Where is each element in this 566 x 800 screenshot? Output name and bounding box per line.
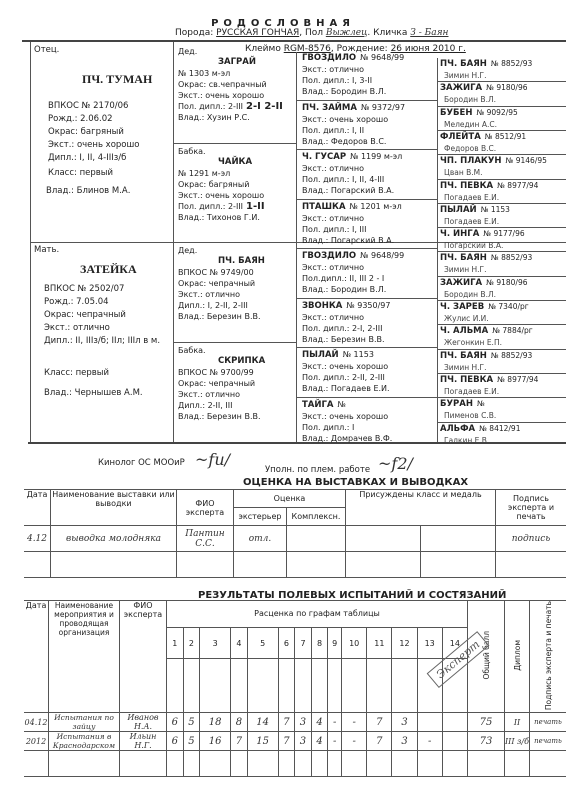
score-col-header: 9 <box>328 627 342 658</box>
sire-color: Окрас: багряный <box>48 126 140 139</box>
grandparent-owner: Влад.: Березин В.В. <box>178 411 265 422</box>
score-col-spacer <box>311 659 328 713</box>
dam-owner: Влад.: Чернышев А.М. <box>44 387 143 399</box>
grandparent-name: ПЧ. БАЯН <box>178 256 265 267</box>
trial-date: 04.12 <box>24 713 49 732</box>
show-cell-exterior <box>234 552 287 578</box>
gggp-reg: № 9092/95 <box>476 108 517 117</box>
ggp-exterior: Экст.: очень хорошо <box>302 361 390 372</box>
ggp-reg: № 9372/97 <box>361 103 405 112</box>
sire-reg: ВПКОС № 2170/06 <box>48 100 140 113</box>
ggp-reg: № 1201 м-эл <box>350 202 402 211</box>
gggp-owner: Галкин Е.В. <box>440 435 520 447</box>
trial-date: 2012 <box>24 732 49 751</box>
sire-role: Отец. <box>34 44 59 56</box>
ggp-owner: Влад.: Бородин В.Л. <box>302 284 404 295</box>
gggp-card: ПЧ. БАЯН№ 8852/93Зимин Н.Г. <box>440 252 532 276</box>
trial-score: 7 <box>367 713 392 732</box>
gggp-name: Ч. ЗАРЕВ <box>440 302 484 312</box>
gggp-name: БУБЕН <box>440 108 472 118</box>
score-col-spacer <box>328 659 342 713</box>
trial-date <box>24 751 49 777</box>
gggp-reg: № <box>477 399 485 408</box>
grandparent-reg: № 1291 м-эл <box>178 168 265 179</box>
trial-score: 15 <box>247 732 278 751</box>
col-expert: ФИО эксперта <box>120 601 167 713</box>
gggp-reg: № 9146/95 <box>506 156 547 165</box>
trial-sign: печать <box>530 713 566 732</box>
shows-table: Дата Наименование выставки или выводки Ф… <box>24 489 566 578</box>
gggp-header: ПЧ. БАЯН№ 8852/93 <box>440 252 532 264</box>
sex-label: Пол <box>305 28 323 38</box>
gggp-owner: Зимин Н.Г. <box>440 264 532 276</box>
sire-diplomas: Дипл.: I, II, 4-IIIз/б <box>48 152 140 165</box>
trial-score: 3 <box>392 713 417 732</box>
ggp-reg: № 1153 <box>343 350 374 359</box>
ggp-name: ГВОЗДИЛО <box>302 53 356 63</box>
show-cell-expert: Пантин С.С. <box>177 526 234 552</box>
gggp-card: ЗАЖИГА№ 9180/96Бородин В.Л. <box>440 277 527 301</box>
score-col-header: 1 <box>167 627 184 658</box>
col-scores: Расценка по графам таблицы <box>167 601 468 628</box>
diploma-label: Диплом <box>513 640 522 671</box>
divider <box>296 149 437 150</box>
ggp-header: ГВОЗДИЛО№ 9648/99 <box>302 52 404 64</box>
grandparent-color: Окрас: багряный <box>178 179 265 190</box>
trial-score: 6 <box>167 732 184 751</box>
ggp-owner: Влад.: Погарский В.А. <box>302 185 402 196</box>
gggp-card: ФЛЕЙТА№ 8512/91Федоров В.С. <box>440 131 526 155</box>
divider <box>437 58 438 442</box>
ggp-owner: Влад.: Федоров В.С. <box>302 136 405 147</box>
trial-score: 18 <box>200 713 231 732</box>
grandparent-role: Дед. <box>178 245 265 256</box>
great-grandparent-card: ПЫЛАЙ№ 1153Экст.: очень хорошоПол. дипл.… <box>302 349 390 394</box>
gggp-header: АЛЬФА№ 8412/91 <box>440 423 520 435</box>
gggp-name: ПЧ. ПЕВКА <box>440 375 493 385</box>
gggp-header: ПЧ. ПЕВКА№ 8977/94 <box>440 374 538 386</box>
ggp-diplomas: Пол. дипл.: 2-I, 2-III <box>302 323 391 334</box>
gggp-name: ПЧ. БАЯН <box>440 351 487 361</box>
trial-score: - <box>342 713 367 732</box>
trial-sign: печать <box>530 732 566 751</box>
gggp-name: ПЧ. БАЯН <box>440 253 487 263</box>
grandparent-name: ЧАЙКА <box>178 157 265 168</box>
col-date: Дата <box>24 490 51 526</box>
ggp-name: ЗВОНКА <box>302 301 342 311</box>
gggp-header: Ч. ИНГА№ 9177/96 <box>440 228 525 240</box>
trial-score <box>342 751 367 777</box>
grandparent-card: Бабка.СКРИПКАВПКОС № 9700/99Окрас: чепра… <box>178 345 265 422</box>
grandparent-exterior: Экст.: отлично <box>178 289 265 300</box>
ggp-diplomas: Пол. дипл.: I <box>302 422 392 433</box>
score-col-spacer <box>247 659 278 713</box>
trial-event: Испытания в Краснодарском <box>49 732 120 751</box>
sire-details: ВПКОС № 2170/06 Рожд.: 2.06.02 Окрас: ба… <box>48 100 140 165</box>
gggp-card: ПЧ. ПЕВКА№ 8977/94Погадаев Е.И. <box>440 374 538 398</box>
gggp-name: Ч. АЛЬМА <box>440 326 488 336</box>
sex-value: Выжлец <box>326 28 368 38</box>
trial-row: 04.12Испытания по зайцуИванов Н.А.651881… <box>24 713 566 732</box>
gggp-owner: Бородин В.Л. <box>440 289 527 301</box>
divider <box>296 248 437 249</box>
gggp-header: ПЧ. ПЕВКА№ 8977/94 <box>440 180 538 192</box>
score-col-spacer <box>367 659 392 713</box>
trial-score: - <box>328 732 342 751</box>
ggp-diplomas: Пол. дипл.: I, II, 4-III <box>302 174 402 185</box>
gggp-header: ПЧ. БАЯН№ 8852/93 <box>440 58 532 70</box>
pedigree-top-border <box>22 40 566 42</box>
gggp-header: ЗАЖИГА№ 9180/96 <box>440 82 527 94</box>
ggp-name: ПЫЛАЙ <box>302 350 339 360</box>
gggp-reg: № 1153 <box>481 205 510 214</box>
trial-diploma <box>505 751 530 777</box>
show-cell-sign <box>496 552 566 578</box>
trial-row <box>24 751 566 777</box>
col-exterior: экстерьер <box>234 508 287 526</box>
trial-total: 73 <box>468 732 505 751</box>
show-row <box>24 552 566 578</box>
ggp-reg: № <box>338 400 346 409</box>
gggp-name: БУРАН <box>440 399 473 409</box>
trial-expert: Иванов Н.А. <box>120 713 167 732</box>
trial-row: 2012Испытания в КраснодарскомИльин Н.Г.6… <box>24 732 566 751</box>
grandparent-diplomas: Пол. дипл.: 2-III1-II <box>178 201 265 212</box>
trial-total: 75 <box>468 713 505 732</box>
trial-score <box>295 751 312 777</box>
col-sign: Подпись эксперта и печать <box>496 490 566 526</box>
gggp-name: ФЛЕЙТА <box>440 132 481 142</box>
gggp-card: АЛЬФА№ 8412/91Галкин Е.В. <box>440 423 520 447</box>
gggp-owner: Зимин Н.Г. <box>440 362 532 374</box>
gggp-owner: Цван В.М. <box>440 167 547 179</box>
grandparent-owner: Влад.: Тихонов Г.И. <box>178 212 265 223</box>
gggp-name: ЗАЖИГА <box>440 278 482 288</box>
col-diploma: Диплом <box>505 601 530 713</box>
score-col-header: 7 <box>295 627 312 658</box>
cynologist-signature: ~fu/ <box>195 450 230 469</box>
grandparent-owner: Влад.: Березин В.В. <box>178 311 265 322</box>
gggp-header: Ч. ЗАРЕВ№ 7340/рг <box>440 301 529 313</box>
score-col-spacer <box>183 659 200 713</box>
gggp-reg: № 8977/94 <box>497 375 538 384</box>
trial-score: 7 <box>231 732 248 751</box>
divider <box>296 298 437 299</box>
sire-class: Класс: первый <box>48 167 113 179</box>
ggp-diplomas: Пол. дипл.: I, 3-II <box>302 75 404 86</box>
gggp-header: БУБЕН№ 9092/95 <box>440 107 518 119</box>
ggp-owner: Влад.: Погарский В.А. <box>302 235 402 246</box>
gggp-owner: Погадаев Е.И. <box>440 216 510 228</box>
diplomas-text: Пол. дипл.: 2-III <box>178 202 243 211</box>
grandparent-diplomas: Дипл.: 2-II, III <box>178 400 265 411</box>
dam-diplomas: Дипл.: II, IIIз/б; IIл; IIIл в м. <box>44 335 162 348</box>
score-col-spacer <box>200 659 231 713</box>
ggp-reg: № 1199 м-эл <box>350 152 402 161</box>
trials-table: ДатаНаименование мероприятия и проводяща… <box>24 600 566 777</box>
gggp-name: АЛЬФА <box>440 424 475 434</box>
breed-label: Порода: <box>175 28 213 38</box>
ggp-name: ТАЙГА <box>302 400 334 410</box>
grandparent-card: Дед.ПЧ. БАЯНВПКОС № 9749/00Окрас: чепрач… <box>178 245 265 322</box>
col-event: Наименование мероприятия и проводящая ор… <box>49 601 120 713</box>
show-cell-award2 <box>420 526 495 552</box>
trial-score <box>442 732 467 751</box>
gggp-reg: № 8512/91 <box>485 132 526 141</box>
score-col-spacer <box>278 659 295 713</box>
trial-score <box>442 751 467 777</box>
gggp-name: ПЧ. ПЕВКА <box>440 181 493 191</box>
score-col-header: 4 <box>231 627 248 658</box>
great-grandparent-card: ГВОЗДИЛО№ 9648/99Экст.: отличноПол. дипл… <box>302 52 404 97</box>
ggp-owner: Влад.: Березин В.В. <box>302 334 391 345</box>
dam-details: ВПКОС № 2502/07 Рожд.: 7.05.04 Окрас: че… <box>44 283 162 348</box>
show-cell-complex <box>287 526 346 552</box>
ggp-header: ПЫЛАЙ№ 1153 <box>302 349 390 361</box>
grandparent-diplomas: Пол. дипл.: 2-III2-I 2-II <box>178 101 283 112</box>
gggp-owner: Меледин А.С. <box>440 119 518 131</box>
grandparent-color: Окрас: чепрачный <box>178 378 265 389</box>
gggp-owner: Погарский В.А. <box>440 240 525 252</box>
ggp-owner: Влад.: Домрачев В.Ф. <box>302 433 392 444</box>
show-cell-date <box>24 552 51 578</box>
dam-class: Класс: первый <box>44 367 109 379</box>
gggp-reg: № 9180/96 <box>486 83 527 92</box>
ggp-reg: № 9350/97 <box>346 301 390 310</box>
ggp-exterior: Экст.: отлично <box>302 163 402 174</box>
shows-title: ОЦЕНКА НА ВЫСТАВКАХ И ВЫВОДКАХ <box>243 477 468 488</box>
gggp-header: ПЫЛАЙ№ 1153 <box>440 204 510 216</box>
score-col-spacer <box>342 659 367 713</box>
grandparent-color: Окрас: чепрачный <box>178 278 265 289</box>
great-grandparent-card: Ч. ГУСАР№ 1199 м-элЭкст.: отличноПол. ди… <box>302 151 402 196</box>
gggp-header: Ч. АЛЬМА№ 7884/рг <box>440 325 533 337</box>
great-grandparent-card: ТАЙГА№Экст.: очень хорошоПол. дипл.: IВл… <box>302 399 392 444</box>
score-col-header: 2 <box>183 627 200 658</box>
show-cell-sign: подпись <box>496 526 566 552</box>
gggp-owner: Федоров В.С. <box>440 143 526 155</box>
gggp-header: БУРАН№ <box>440 398 496 410</box>
score-col-header: 12 <box>392 627 417 658</box>
gggp-card: ПЧ. БАЯН№ 8852/93Зимин Н.Г. <box>440 58 532 82</box>
gggp-owner: Жулис И.И. <box>440 313 529 325</box>
great-grandparent-card: ПТАШКА№ 1201 м-элЭкст.: отличноПол. дипл… <box>302 201 402 246</box>
trial-score <box>247 751 278 777</box>
great-grandparent-card: ЗВОНКА№ 9350/97Экст.: отличноПол. дипл.:… <box>302 300 391 345</box>
trial-score <box>278 751 295 777</box>
ggp-header: ПЧ. ЗАЙМА№ 9372/97 <box>302 102 405 114</box>
trial-sign <box>530 751 566 777</box>
score-col-spacer <box>295 659 312 713</box>
sire-exterior: Экст.: очень хорошо <box>48 139 140 152</box>
handwritten-note: 2-I 2-II <box>246 101 283 112</box>
trial-expert: Ильин Н.Г. <box>120 732 167 751</box>
gggp-card: ПЫЛАЙ№ 1153Погадаев Е.И. <box>440 204 510 228</box>
score-col-header: 6 <box>278 627 295 658</box>
col-score: Оценка <box>234 490 346 508</box>
trial-event: Испытания по зайцу <box>49 713 120 732</box>
score-col-spacer <box>167 659 184 713</box>
gggp-card: ПЧ. ПЕВКА№ 8977/94Погадаев Е.И. <box>440 180 538 204</box>
ggp-header: Ч. ГУСАР№ 1199 м-эл <box>302 151 402 163</box>
trial-score: 5 <box>183 713 200 732</box>
gggp-card: БУРАН№Пименов С.В. <box>440 398 496 422</box>
trial-score <box>417 751 442 777</box>
show-cell-award <box>346 552 421 578</box>
grandparent-role: Дед. <box>178 46 283 57</box>
sire-owner: Влад.: Блинов М.А. <box>46 185 130 197</box>
trial-score <box>183 751 200 777</box>
grandparent-role: Бабка. <box>178 146 265 157</box>
gggp-card: ЗАЖИГА№ 9180/96Бородин В.Л. <box>440 82 527 106</box>
ggp-diplomas: Пол. дипл.: I, II <box>302 125 405 136</box>
score-col-header: 13 <box>417 627 442 658</box>
gggp-name: Ч. ИНГА <box>440 229 479 239</box>
grandparent-exterior: Экст.: отлично <box>178 389 265 400</box>
ggp-reg: № 9648/99 <box>360 53 404 62</box>
gggp-reg: № 8977/94 <box>497 181 538 190</box>
gggp-owner: Пименов С.В. <box>440 410 496 422</box>
trial-score: 7 <box>367 732 392 751</box>
trial-score <box>392 751 417 777</box>
trial-score <box>442 713 467 732</box>
gggp-card: ПЧ. БАЯН№ 8852/93Зимин Н.Г. <box>440 350 532 374</box>
show-cell-award2 <box>420 552 495 578</box>
dam-name: ЗАТЕЙКА <box>80 262 137 277</box>
gggp-reg: № 9180/96 <box>486 278 527 287</box>
grandparent-reg: № 1303 м-эл <box>178 68 283 79</box>
trial-score <box>367 751 392 777</box>
gggp-header: ЧП. ПЛАКУН№ 9146/95 <box>440 155 547 167</box>
dam-role: Мать. <box>34 244 59 256</box>
divider <box>296 100 437 101</box>
grandparent-name: СКРИПКА <box>178 356 265 367</box>
gggp-card: Ч. ЗАРЕВ№ 7340/ргЖулис И.И. <box>440 301 529 325</box>
trial-diploma: II <box>505 713 530 732</box>
header-line-1: Порода: РУССКАЯ ГОНЧАЯ, Пол Выжлец. Клич… <box>175 28 448 38</box>
sire-name: ПЧ. ТУМАН <box>82 72 152 87</box>
trial-score <box>167 751 184 777</box>
ggp-name: ГВОЗДИЛО <box>302 251 356 261</box>
col-award: Присуждены класс и медаль <box>346 490 496 526</box>
gggp-reg: № 7340/рг <box>488 302 529 311</box>
divider <box>296 397 437 398</box>
score-col-header: 5 <box>247 627 278 658</box>
score-col-header: 3 <box>200 627 231 658</box>
gggp-card: Ч. АЛЬМА№ 7884/ргЖегонкин Е.П. <box>440 325 533 349</box>
gggp-card: Ч. ИНГА№ 9177/96Погарский В.А. <box>440 228 525 252</box>
ggp-header: ТАЙГА№ <box>302 399 392 411</box>
gggp-name: ПЧ. БАЯН <box>440 59 487 69</box>
ggp-name: ПТАШКА <box>302 202 346 212</box>
grandparent-card: Бабка.ЧАЙКА№ 1291 м-элОкрас: багряныйЭкс… <box>178 146 265 223</box>
divider <box>296 52 297 442</box>
breeding-label: Уполн. по плем. работе <box>265 464 370 476</box>
ggp-exterior: Экст.: отлично <box>302 213 402 224</box>
ggp-owner: Влад.: Погадаев Е.И. <box>302 383 390 394</box>
gggp-owner: Бородин В.Л. <box>440 94 527 106</box>
sign-label: Подпись эксперта и печать <box>544 601 553 710</box>
gggp-name: ЗАЖИГА <box>440 83 482 93</box>
gggp-card: ЧП. ПЛАКУН№ 9146/95Цван В.М. <box>440 155 547 179</box>
divider <box>296 199 437 200</box>
gggp-reg: № 8852/93 <box>491 351 532 360</box>
trial-expert <box>120 751 167 777</box>
ggp-exterior: Экст.: очень хорошо <box>302 411 392 422</box>
show-cell-date: 4.12 <box>24 526 51 552</box>
dam-exterior: Экст.: отлично <box>44 322 162 335</box>
gggp-reg: № 8852/93 <box>491 59 532 68</box>
trial-score: - <box>328 713 342 732</box>
great-grandparent-card: ПЧ. ЗАЙМА№ 9372/97Экст.: очень хорошоПол… <box>302 102 405 147</box>
trial-score <box>200 751 231 777</box>
score-col-spacer <box>392 659 417 713</box>
gggp-card: БУБЕН№ 9092/95Меледин А.С. <box>440 107 518 131</box>
col-expert: ФИО эксперта <box>177 490 234 526</box>
trial-score <box>311 751 328 777</box>
trial-score: 5 <box>183 732 200 751</box>
show-cell-award <box>346 526 421 552</box>
ggp-name: ПЧ. ЗАЙМА <box>302 103 357 113</box>
trial-score: 3 <box>392 732 417 751</box>
col-event: Наименование выставки или выводки <box>51 490 177 526</box>
grandparent-reg: ВПКОС № 9700/99 <box>178 367 265 378</box>
ggp-header: ПТАШКА№ 1201 м-эл <box>302 201 402 213</box>
breeding-signature: ~f2/ <box>378 454 413 473</box>
show-cell-event <box>51 552 177 578</box>
score-col-header: 8 <box>311 627 328 658</box>
gggp-name: ЧП. ПЛАКУН <box>440 156 502 166</box>
trial-score: 3 <box>295 732 312 751</box>
score-col-header: 10 <box>342 627 367 658</box>
diplomas-text: Пол. дипл.: 2-III <box>178 102 243 111</box>
ggp-header: ГВОЗДИЛО№ 9648/99 <box>302 250 404 262</box>
grandparent-name: ЗАГРАЙ <box>178 57 283 68</box>
ggp-exterior: Экст.: отлично <box>302 262 404 273</box>
ggp-diplomas: Пол.дипл.: II, III 2 - I <box>302 273 404 284</box>
trial-score: 16 <box>200 732 231 751</box>
col-sign: Подпись эксперта и печать <box>530 601 566 713</box>
gggp-header: ФЛЕЙТА№ 8512/91 <box>440 131 526 143</box>
trial-score <box>231 751 248 777</box>
trial-event <box>49 751 120 777</box>
ggp-owner: Влад.: Бородин В.Л. <box>302 86 404 97</box>
show-cell-expert <box>177 552 234 578</box>
gggp-name: ПЫЛАЙ <box>440 205 477 215</box>
ggp-name: Ч. ГУСАР <box>302 152 346 162</box>
show-row: 4.12выводка молоднякаПантин С.С.отл.подп… <box>24 526 566 552</box>
divider <box>296 347 437 348</box>
trial-score: 7 <box>278 732 295 751</box>
trial-score: - <box>342 732 367 751</box>
show-cell-exterior: отл. <box>234 526 287 552</box>
divider <box>173 342 296 343</box>
trial-score: 6 <box>167 713 184 732</box>
gggp-header: ПЧ. БАЯН№ 8852/93 <box>440 350 532 362</box>
gggp-header: ЗАЖИГА№ 9180/96 <box>440 277 527 289</box>
great-grandparent-card: ГВОЗДИЛО№ 9648/99Экст.: отличноПол.дипл.… <box>302 250 404 295</box>
grandparent-owner: Влад.: Хузин Р.С. <box>178 112 283 123</box>
handwritten-note: 1-II <box>246 201 265 212</box>
trial-score: 4 <box>311 713 328 732</box>
trial-score: - <box>417 732 442 751</box>
dam-reg: ВПКОС № 2502/07 <box>44 283 162 296</box>
col-complex: Комплексн. <box>287 508 346 526</box>
cynologist-label: Кинолог ОС МООиР <box>98 457 185 469</box>
ggp-diplomas: Пол. дипл.: 2-II, 2-III <box>302 372 390 383</box>
show-cell-complex <box>287 552 346 578</box>
score-col-header: 11 <box>367 627 392 658</box>
